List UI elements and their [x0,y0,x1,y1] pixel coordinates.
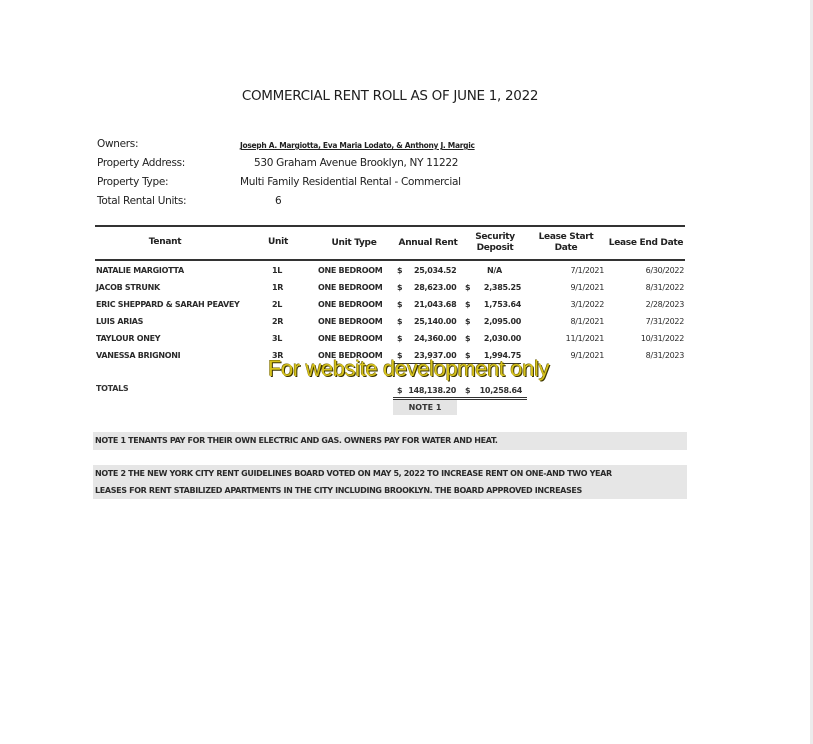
deposit-currency: $ [465,317,470,326]
deposit-currency: $ [465,300,470,309]
security-deposit-cell: 2,095.00 [479,317,521,326]
header-lease-start: Lease Start Date [533,232,599,254]
watermark: For website development only [268,356,549,382]
header-annual-rent: Annual Rent [393,238,463,249]
note-2-line-2: LEASES FOR RENT STABILIZED APARTMENTS IN… [95,482,687,499]
tenant-cell: JACOB STRUNK [96,283,160,292]
table-top-rule [95,225,685,227]
unit-type-cell: ONE BEDROOM [318,317,382,326]
rent-currency: $ [397,334,402,343]
note-2: NOTE 2 THE NEW YORK CITY RENT GUIDELINES… [93,465,687,499]
note-1: NOTE 1 TENANTS PAY FOR THEIR OWN ELECTRI… [93,432,687,450]
table-row: TAYLOUR ONEY 3L ONE BEDROOM $ 24,360.00 … [0,334,813,351]
header-security-deposit: Security Deposit [468,232,522,254]
header-lease-end: Lease End Date [606,238,686,249]
document-title: COMMERCIAL RENT ROLL AS OF JUNE 1, 2022 [0,88,780,104]
tenant-cell: LUIS ARIAS [96,317,143,326]
lease-start-cell: 11/1/2021 [520,334,604,343]
rent-currency: $ [397,283,402,292]
table-row: NATALIE MARGIOTTA 1L ONE BEDROOM $ 25,03… [0,266,813,283]
header-unit-type: Unit Type [326,238,382,249]
lease-end-cell: 8/31/2023 [600,351,684,360]
rent-currency: $ [397,300,402,309]
tenant-cell: NATALIE MARGIOTTA [96,266,184,275]
table-header-rule [95,259,685,261]
unit-cell: 1L [272,266,282,275]
annual-rent-cell: 21,043.68 [414,300,456,309]
units-label: Total Rental Units: [97,194,186,209]
totals-double-rule-top [393,397,527,398]
unit-cell: 1R [272,283,283,292]
security-deposit-cell: 2,030.00 [479,334,521,343]
tenant-cell: ERIC SHEPPARD & SARAH PEAVEY [96,300,240,309]
annual-rent-cell: 25,034.52 [414,266,456,275]
lease-end-cell: 2/28/2023 [600,300,684,309]
header-unit: Unit [262,237,294,248]
header-security-deposit-line2: Deposit [468,243,522,254]
property-type-value: Multi Family Residential Rental - Commer… [240,175,461,190]
annual-rent-cell: 25,140.00 [414,317,456,326]
lease-start-cell: 8/1/2021 [520,317,604,326]
unit-type-cell: ONE BEDROOM [318,300,382,309]
owners-value: Joseph A. Margiotta, Eva Maria Lodato, &… [240,138,475,153]
lease-start-cell: 7/1/2021 [520,266,604,275]
security-deposit-cell: 2,385.25 [479,283,521,292]
units-value: 6 [275,194,281,209]
unit-cell: 3L [272,334,282,343]
total-rent-currency: $ [397,386,402,395]
annual-rent-cell: 24,360.00 [414,334,456,343]
rent-currency: $ [397,317,402,326]
unit-type-cell: ONE BEDROOM [318,266,382,275]
table-row: ERIC SHEPPARD & SARAH PEAVEY 2L ONE BEDR… [0,300,813,317]
totals-label: TOTALS [96,384,128,393]
total-annual-rent: 148,138.20 [407,386,456,395]
lease-start-cell: 3/1/2022 [520,300,604,309]
lease-end-cell: 6/30/2022 [600,266,684,275]
lease-end-cell: 10/31/2022 [600,334,684,343]
header-lease-start-line2: Date [533,243,599,254]
unit-cell: 2R [272,317,283,326]
unit-type-cell: ONE BEDROOM [318,334,382,343]
unit-type-cell: ONE BEDROOM [318,283,382,292]
header-tenant: Tenant [130,237,200,248]
address-value: 530 Graham Avenue Brooklyn, NY 11222 [254,156,458,171]
rent-currency: $ [397,266,402,275]
header-security-deposit-line1: Security [468,232,522,243]
security-deposit-cell: 1,753.64 [479,300,521,309]
total-security-deposit: 10,258.64 [475,386,522,395]
tenant-cell: VANESSA BRIGNONI [96,351,180,360]
unit-cell: 2L [272,300,282,309]
totals-note-ref: NOTE 1 [393,400,457,415]
owners-label: Owners: [97,137,138,152]
total-deposit-currency: $ [465,386,470,395]
tenant-cell: TAYLOUR ONEY [96,334,160,343]
deposit-currency: $ [465,283,470,292]
table-row: JACOB STRUNK 1R ONE BEDROOM $ 28,623.00 … [0,283,813,300]
table-row: LUIS ARIAS 2R ONE BEDROOM $ 25,140.00 $ … [0,317,813,334]
note-2-line-1: NOTE 2 THE NEW YORK CITY RENT GUIDELINES… [95,465,687,482]
header-lease-start-line1: Lease Start [533,232,599,243]
annual-rent-cell: 28,623.00 [414,283,456,292]
lease-start-cell: 9/1/2021 [520,283,604,292]
lease-end-cell: 7/31/2022 [600,317,684,326]
lease-end-cell: 8/31/2022 [600,283,684,292]
deposit-currency: $ [465,334,470,343]
property-type-label: Property Type: [97,175,168,190]
address-label: Property Address: [97,156,185,171]
